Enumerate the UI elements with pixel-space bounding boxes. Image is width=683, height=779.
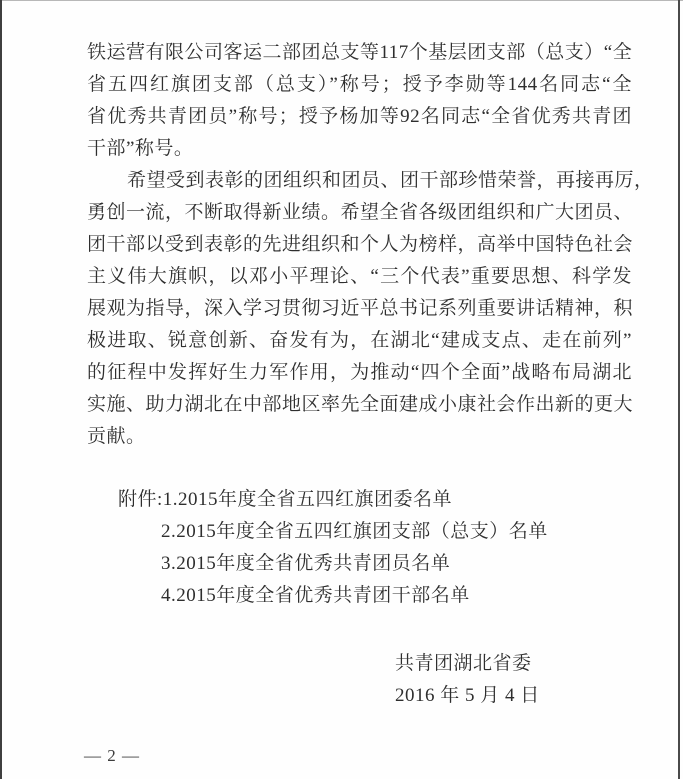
signature-date: 2016 年 5 月 4 日 [395, 680, 540, 712]
body-line: 干部”称号。 [87, 133, 632, 165]
body-line: 极进取、锐意创新、奋发有为，在湖北“建成支点、走在前列” [87, 325, 632, 357]
body-line: 展观为指导，深入学习贯彻习近平总书记系列重要讲话精神，积 [87, 293, 632, 325]
signature-org: 共青团湖北省委 [395, 648, 540, 680]
body-line: 省五四红旗团支部（总支）”称号；授予李勋等144名同志“全 [87, 69, 632, 101]
attachment-item: 3.2015年度全省优秀共青团员名单 [118, 548, 548, 580]
body-line: 贡献。 [87, 421, 632, 453]
body-line: 团干部以受到表彰的先进组织和个人为榜样，高举中国特色社会 [87, 229, 632, 261]
attachment-list: 附件:1.2015年度全省五四红旗团委名单 2.2015年度全省五四红旗团支部（… [118, 484, 548, 612]
body-line: 希望受到表彰的团组织和团员、团干部珍惜荣誉，再接再厉， [87, 165, 632, 197]
body-line: 的征程中发挥好生力军作用，为推动“四个全面”战略布局湖北 [87, 357, 632, 389]
page-number: — 2 — [84, 745, 140, 767]
body-line: 主义伟大旗帜，以邓小平理论、“三个代表”重要思想、科学发 [87, 261, 632, 293]
signature-block: 共青团湖北省委 2016 年 5 月 4 日 [395, 648, 540, 712]
body-line: 铁运营有限公司客运二部团总支等117个基层团支部（总支）“全 [87, 37, 632, 69]
body-line: 勇创一流，不断取得新业绩。希望全省各级团组织和广大团员、 [87, 197, 632, 229]
attachment-item: 4.2015年度全省优秀共青团干部名单 [118, 580, 548, 612]
body-line: 省优秀共青团员”称号；授予杨加等92名同志“全省优秀共青团 [87, 101, 632, 133]
scan-edge-right [678, 0, 680, 779]
attachment-heading-line: 附件:1.2015年度全省五四红旗团委名单 [118, 484, 548, 516]
scan-edge-left [0, 0, 2, 779]
document-page: 铁运营有限公司客运二部团总支等117个基层团支部（总支）“全 省五四红旗团支部（… [0, 0, 683, 779]
body-line: 实施、助力湖北在中部地区率先全面建成小康社会作出新的更大 [87, 389, 632, 421]
attachment-item: 2.2015年度全省五四红旗团支部（总支）名单 [118, 516, 548, 548]
document-body: 铁运营有限公司客运二部团总支等117个基层团支部（总支）“全 省五四红旗团支部（… [87, 37, 632, 453]
scan-edge-top [2, 0, 683, 1]
